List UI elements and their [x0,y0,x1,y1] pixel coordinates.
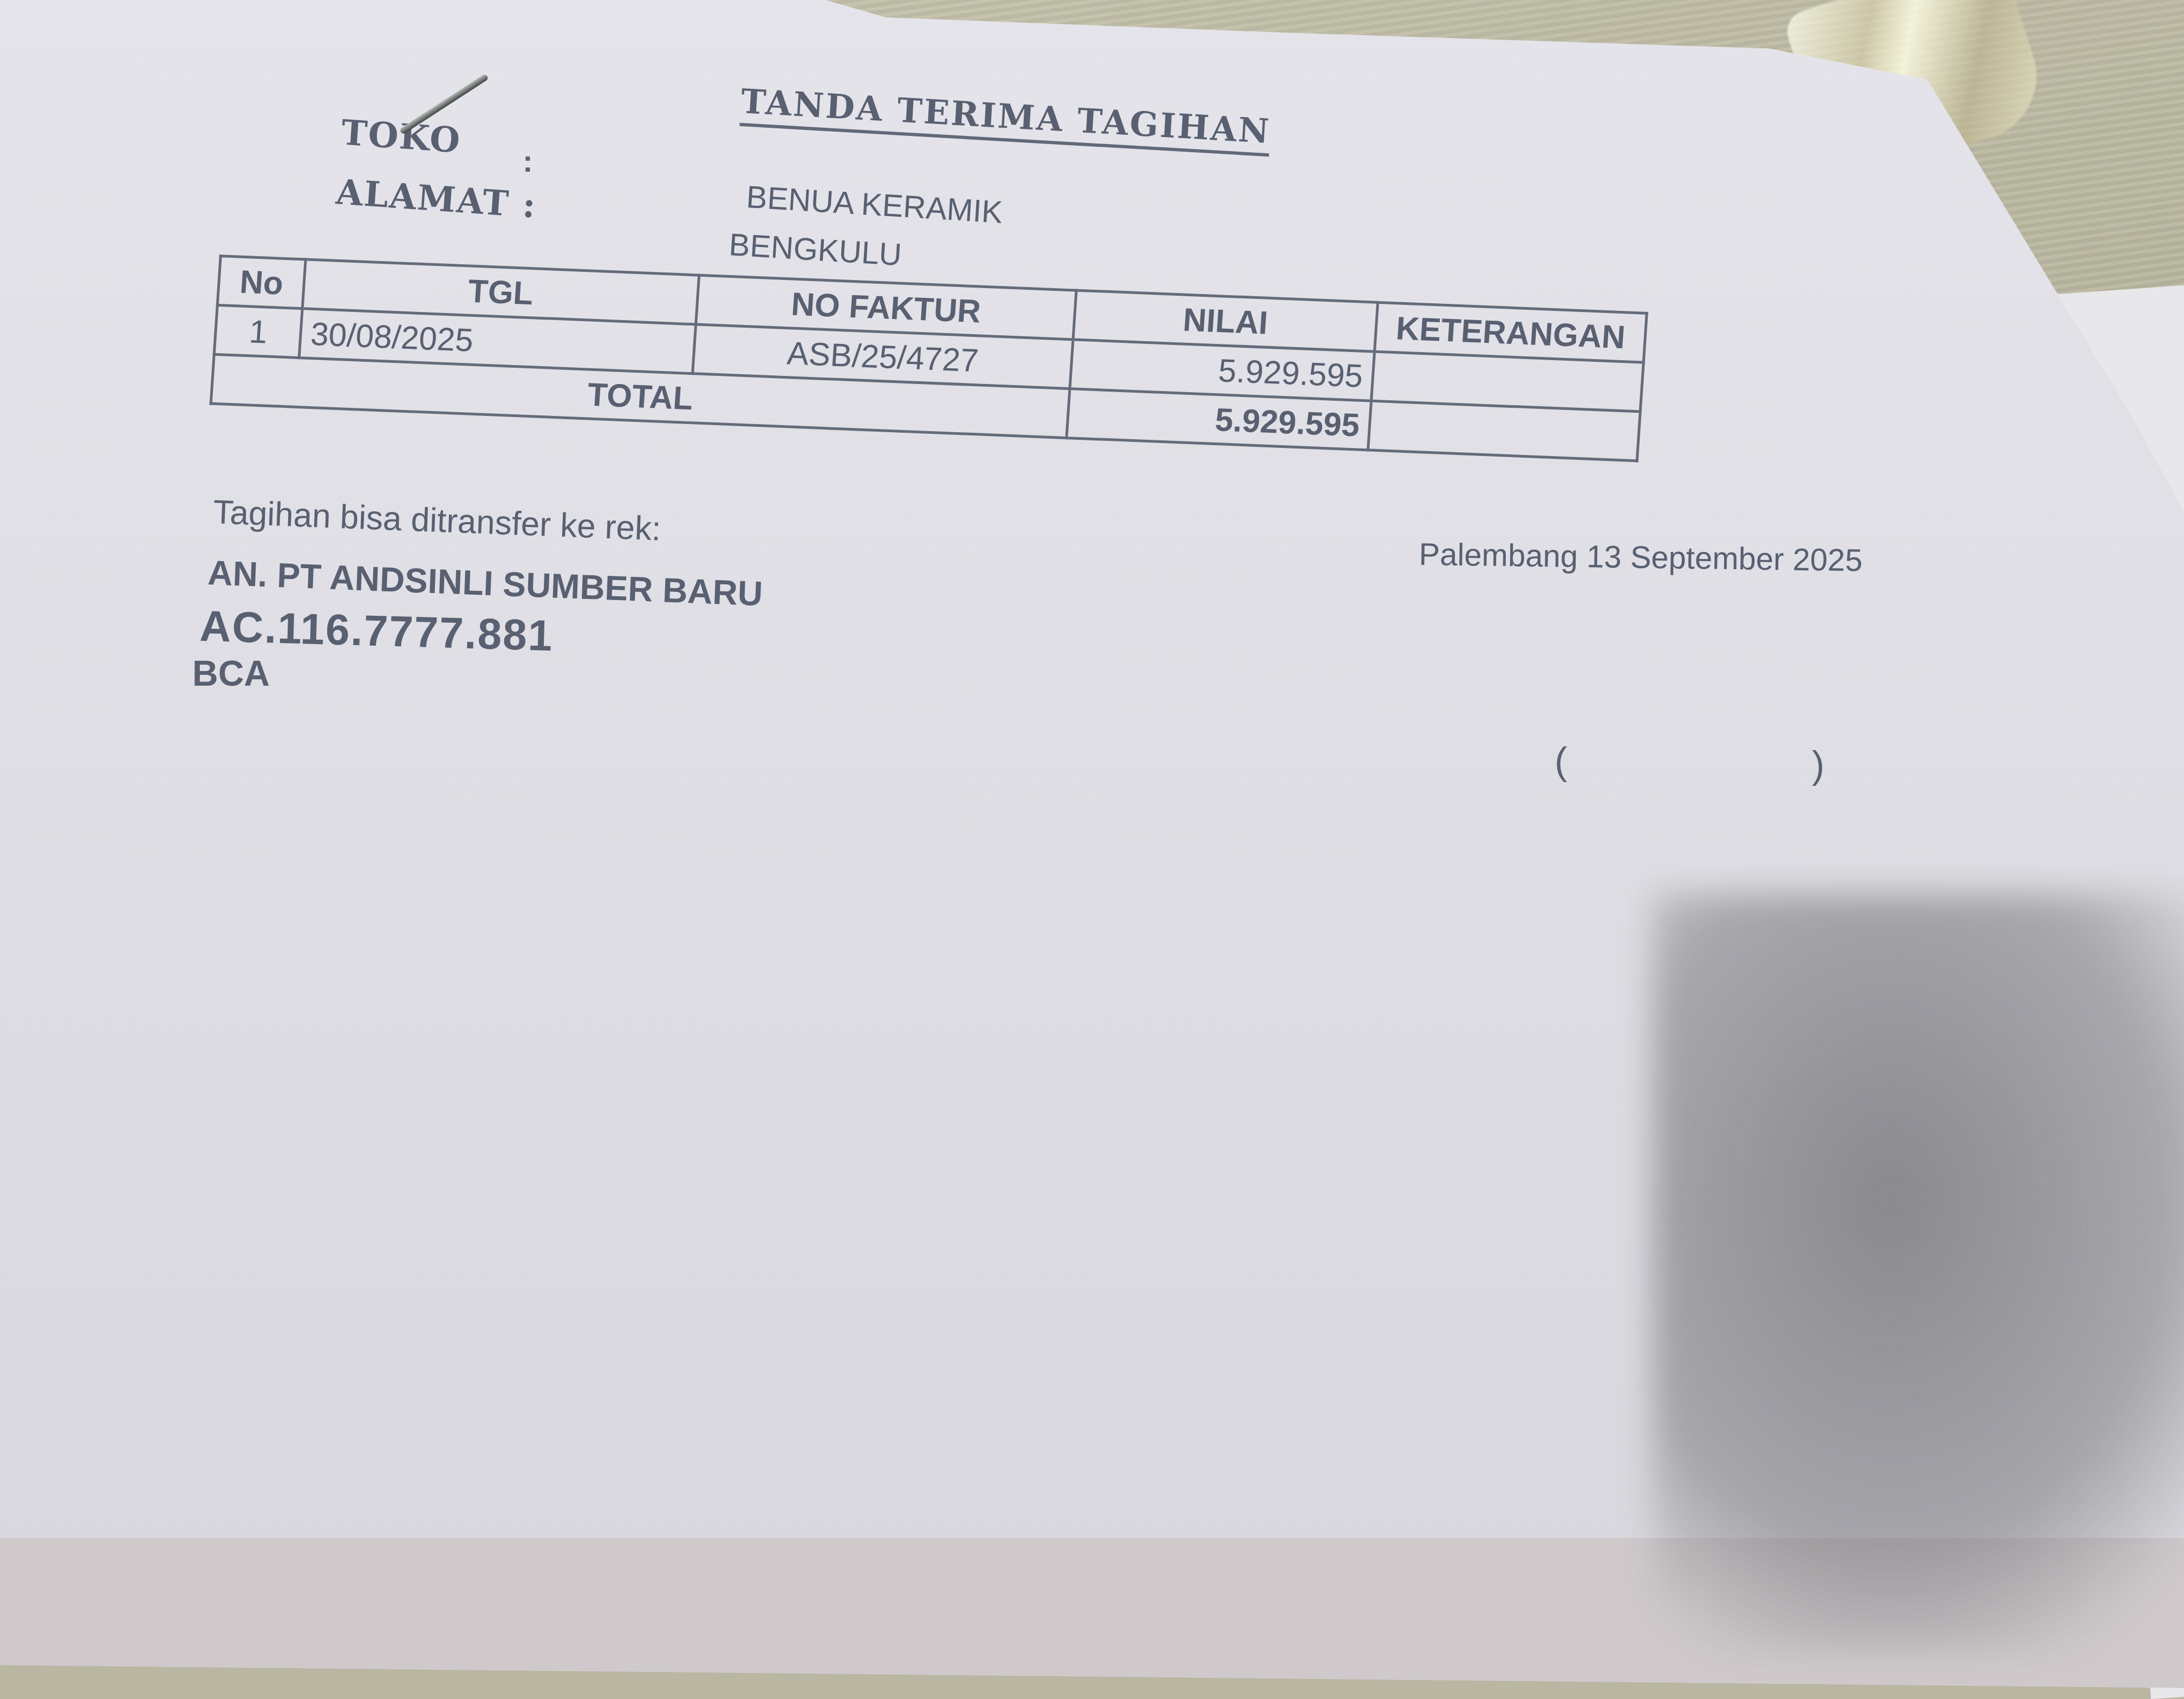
alamat-label: ALAMAT : [335,172,538,226]
cell-no: 1 [214,305,302,357]
recipient-city: BENGKULU [728,226,903,273]
bank-name: BCA [192,653,270,694]
toko-colon: : [523,144,533,179]
signature-close-paren: ) [1812,743,1824,786]
account-number: AC.116.7777.881 [199,601,554,661]
receipt-content: TANDA TERIMA TAGIHAN TOKO : ALAMAT : BEN… [0,0,2184,1638]
recipient-name: BENUA KERAMIK [745,179,1004,231]
column-header-no: No [217,256,305,309]
invoice-table: No TGL NO FAKTUR NILAI KETERANGAN 1 30/0… [210,255,1648,462]
transfer-note: Tagihan bisa ditransfer ke rek: [212,493,661,549]
document-title: TANDA TERIMA TAGIHAN [739,81,1272,157]
signature-open-paren: ( [1555,739,1567,783]
total-keterangan [1368,401,1641,461]
toko-label: TOKO [340,112,463,161]
place-date: Palembang 13 September 2025 [1419,536,1863,578]
